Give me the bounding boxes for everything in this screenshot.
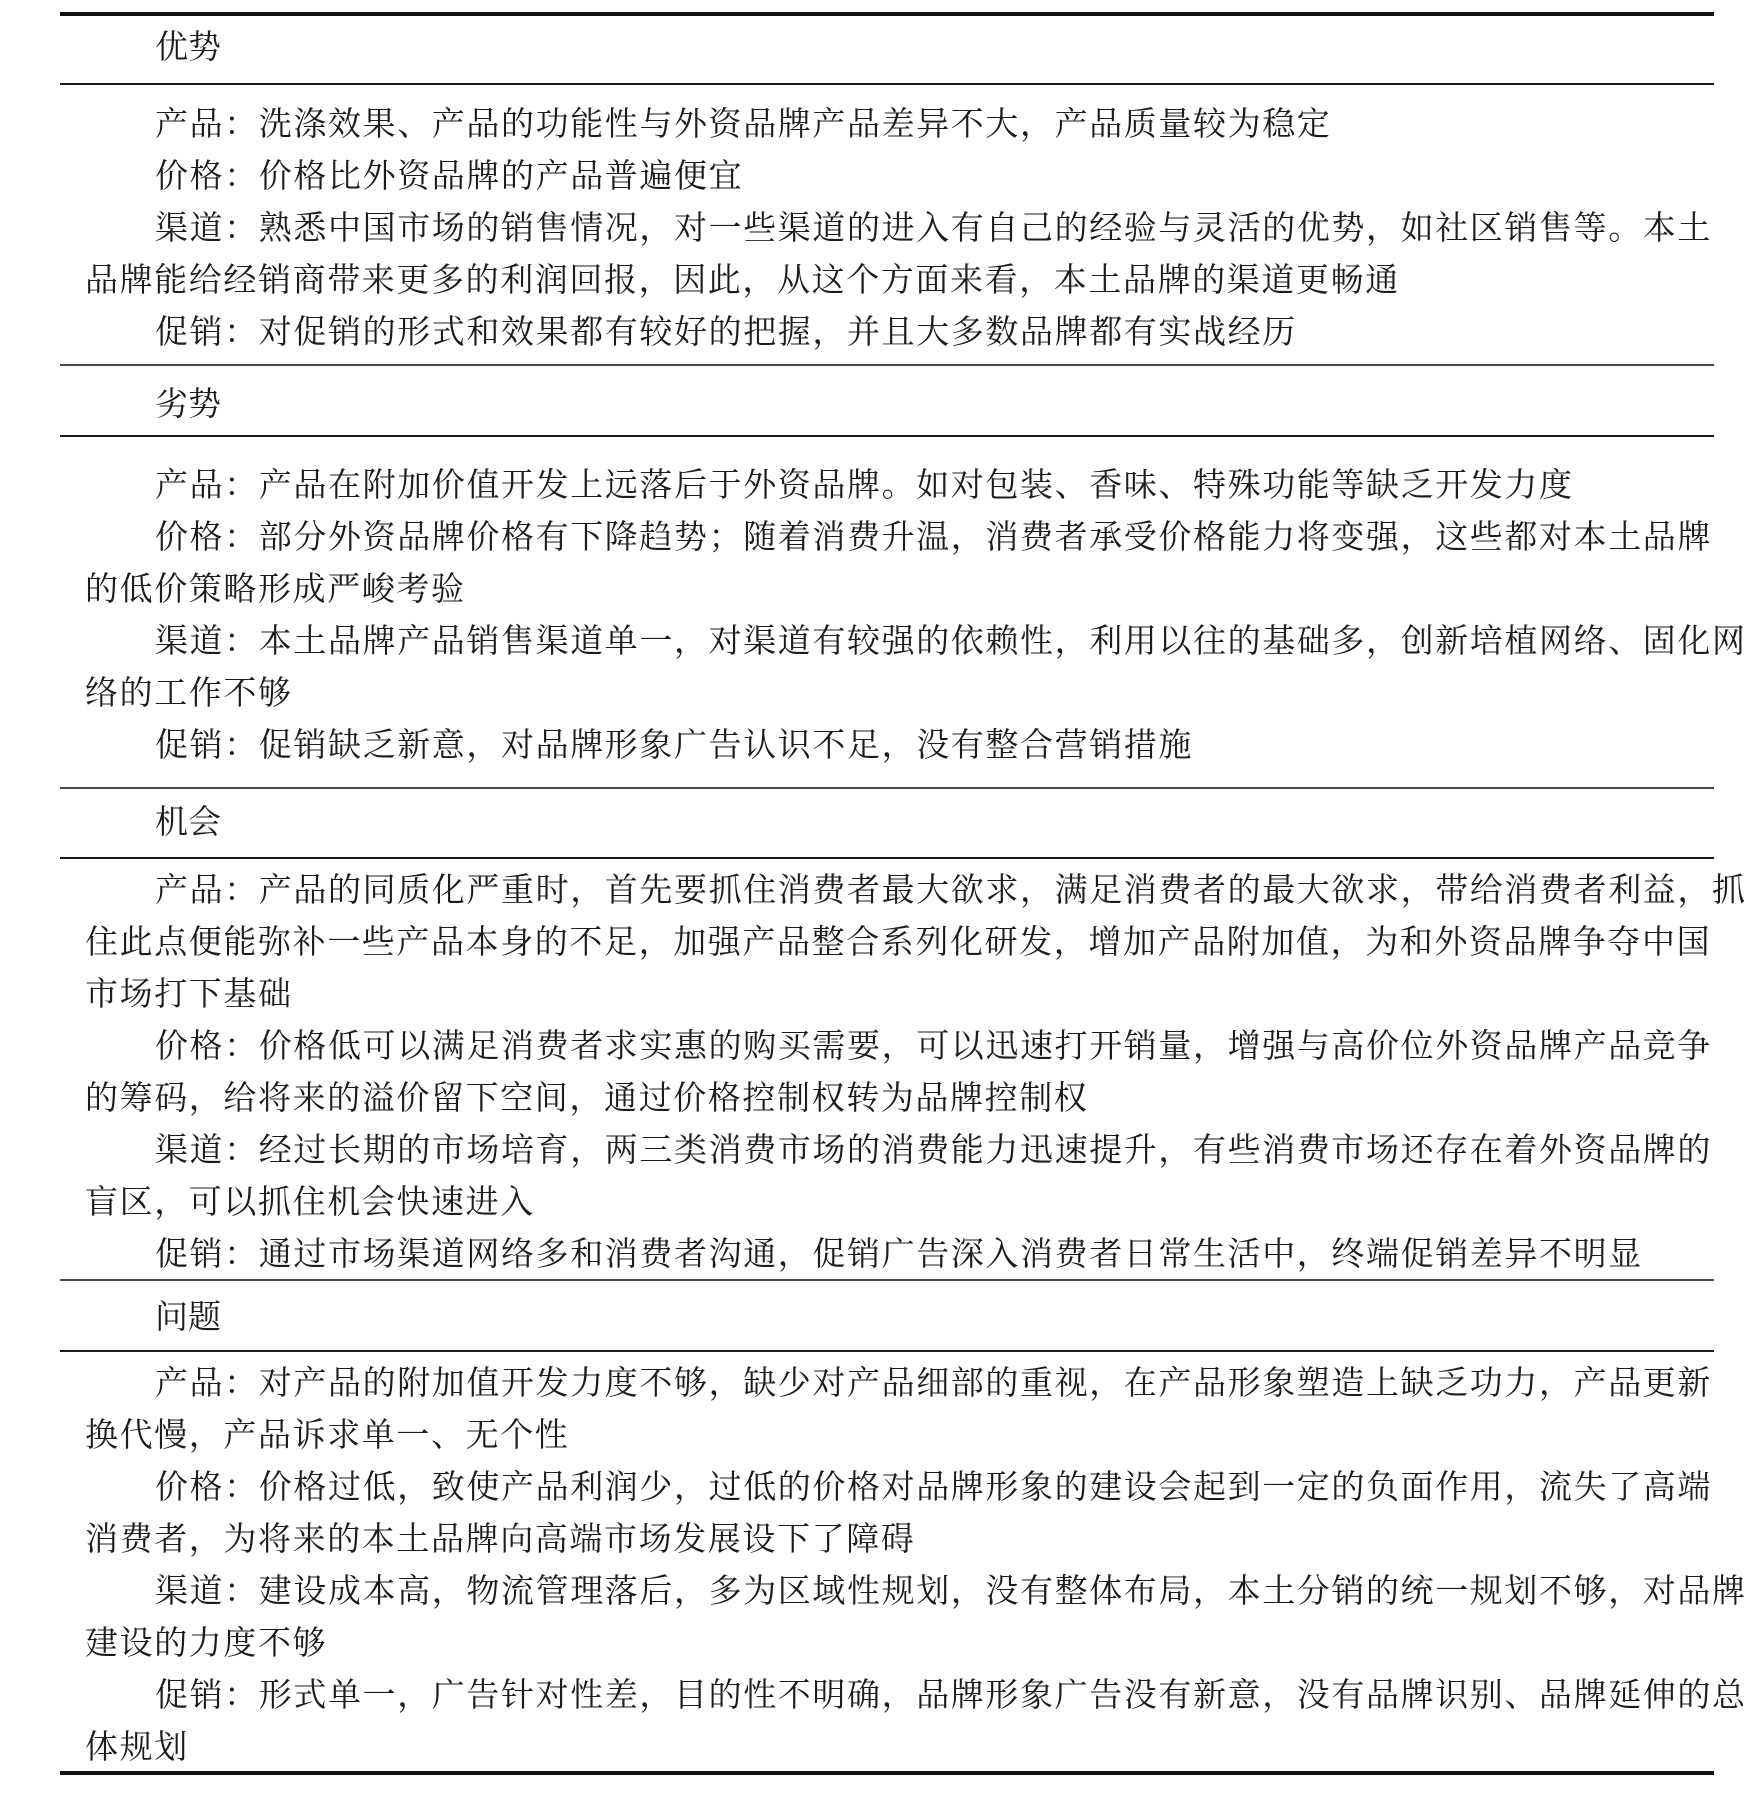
- table-row: 价格：价格过低，致使产品利润少，过低的价格对品牌形象的建设会起到一定的负面作用，…: [85, 1461, 1705, 1513]
- table-row: 产品：洗涤效果、产品的功能性与外资品牌产品差异不大，产品质量较为稳定: [85, 98, 1705, 150]
- section-body-strengths: 产品：洗涤效果、产品的功能性与外资品牌产品差异不大，产品质量较为稳定 价格：价格…: [85, 98, 1705, 358]
- table-row: 建设的力度不够: [85, 1617, 1705, 1669]
- section-body-opportunities: 产品：产品的同质化严重时，首先要抓住消费者最大欲求，满足消费者的最大欲求，带给消…: [85, 864, 1705, 1280]
- table-row: 品牌能给经销商带来更多的利润回报，因此，从这个方面来看，本土品牌的渠道更畅通: [85, 254, 1705, 306]
- table-row: 渠道：熟悉中国市场的销售情况，对一些渠道的进入有自己的经验与灵活的优势，如社区销…: [85, 202, 1705, 254]
- section-heading-problems: 问题: [155, 1291, 221, 1343]
- table-row: 消费者，为将来的本土品牌向高端市场发展设下了障碍: [85, 1513, 1705, 1565]
- table-row: 络的工作不够: [85, 667, 1705, 719]
- section-heading-opportunities: 机会: [155, 796, 221, 848]
- table-row: 价格：价格比外资品牌的产品普遍便宜: [85, 150, 1705, 202]
- table-row: 市场打下基础: [85, 968, 1705, 1020]
- table-row: 盲区，可以抓住机会快速进入: [85, 1176, 1705, 1228]
- table-row: 住此点便能弥补一些产品本身的不足，加强产品整合系列化研发，增加产品附加值，为和外…: [85, 916, 1705, 968]
- heading-rule: [60, 435, 1714, 437]
- table-row: 促销：促销缺乏新意，对品牌形象广告认识不足，没有整合营销措施: [85, 719, 1705, 771]
- heading-rule: [60, 83, 1714, 85]
- section-divider: [60, 1279, 1714, 1281]
- heading-rule: [60, 1350, 1714, 1352]
- table-row: 产品：产品在附加价值开发上远落后于外资品牌。如对包装、香味、特殊功能等缺乏开发力…: [85, 459, 1705, 511]
- section-body-problems: 产品：对产品的附加值开发力度不够，缺少对产品细部的重视，在产品形象塑造上缺乏功力…: [85, 1357, 1705, 1773]
- table-row: 产品：对产品的附加值开发力度不够，缺少对产品细部的重视，在产品形象塑造上缺乏功力…: [85, 1357, 1705, 1409]
- table-row: 体规划: [85, 1721, 1705, 1773]
- table-bottom-rule: [60, 1771, 1714, 1775]
- table-row: 价格：价格低可以满足消费者求实惠的购买需要，可以迅速打开销量，增强与高价位外资品…: [85, 1020, 1705, 1072]
- table-row: 促销：对促销的形式和效果都有较好的把握，并且大多数品牌都有实战经历: [85, 306, 1705, 358]
- table-row: 促销：形式单一，广告针对性差，目的性不明确，品牌形象广告没有新意，没有品牌识别、…: [85, 1669, 1705, 1721]
- section-body-weaknesses: 产品：产品在附加价值开发上远落后于外资品牌。如对包装、香味、特殊功能等缺乏开发力…: [85, 459, 1705, 771]
- table-row: 的筹码，给将来的溢价留下空间，通过价格控制权转为品牌控制权: [85, 1072, 1705, 1124]
- heading-rule: [60, 857, 1714, 859]
- table-row: 促销：通过市场渠道网络多和消费者沟通，促销广告深入消费者日常生活中，终端促销差异…: [85, 1228, 1705, 1280]
- table-row: 的低价策略形成严峻考验: [85, 563, 1705, 615]
- table-row: 产品：产品的同质化严重时，首先要抓住消费者最大欲求，满足消费者的最大欲求，带给消…: [85, 864, 1705, 916]
- section-divider: [60, 787, 1714, 789]
- table-row: 价格：部分外资品牌价格有下降趋势；随着消费升温，消费者承受价格能力将变强，这些都…: [85, 511, 1705, 563]
- section-heading-strengths: 优势: [155, 21, 221, 73]
- table-row: 渠道：本土品牌产品销售渠道单一，对渠道有较强的依赖性，利用以往的基础多，创新培植…: [85, 615, 1705, 667]
- table-row: 换代慢，产品诉求单一、无个性: [85, 1409, 1705, 1461]
- table-top-rule: [60, 12, 1714, 16]
- table-row: 渠道：经过长期的市场培育，两三类消费市场的消费能力迅速提升，有些消费市场还存在着…: [85, 1124, 1705, 1176]
- section-heading-weaknesses: 劣势: [155, 378, 221, 430]
- section-divider: [60, 364, 1714, 366]
- table-row: 渠道：建设成本高，物流管理落后，多为区域性规划，没有整体布局，本土分销的统一规划…: [85, 1565, 1705, 1617]
